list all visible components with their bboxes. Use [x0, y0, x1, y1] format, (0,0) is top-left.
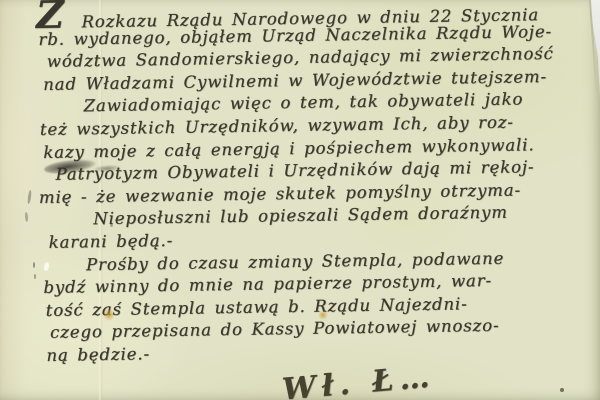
signature: Wł. Ł… [281, 359, 437, 400]
document-scan: Z Rozkazu Rządu Narodowego w dniu 22 Sty… [0, 0, 600, 400]
ink-speck [34, 274, 36, 279]
letter-body: Z Rozkazu Rządu Narodowego w dniu 22 Sty… [0, 0, 600, 369]
ink-speck [110, 224, 113, 227]
ink-speck [33, 262, 35, 268]
ink-speck [560, 388, 564, 392]
paper-stain [318, 310, 328, 320]
paper-stain [103, 308, 115, 321]
